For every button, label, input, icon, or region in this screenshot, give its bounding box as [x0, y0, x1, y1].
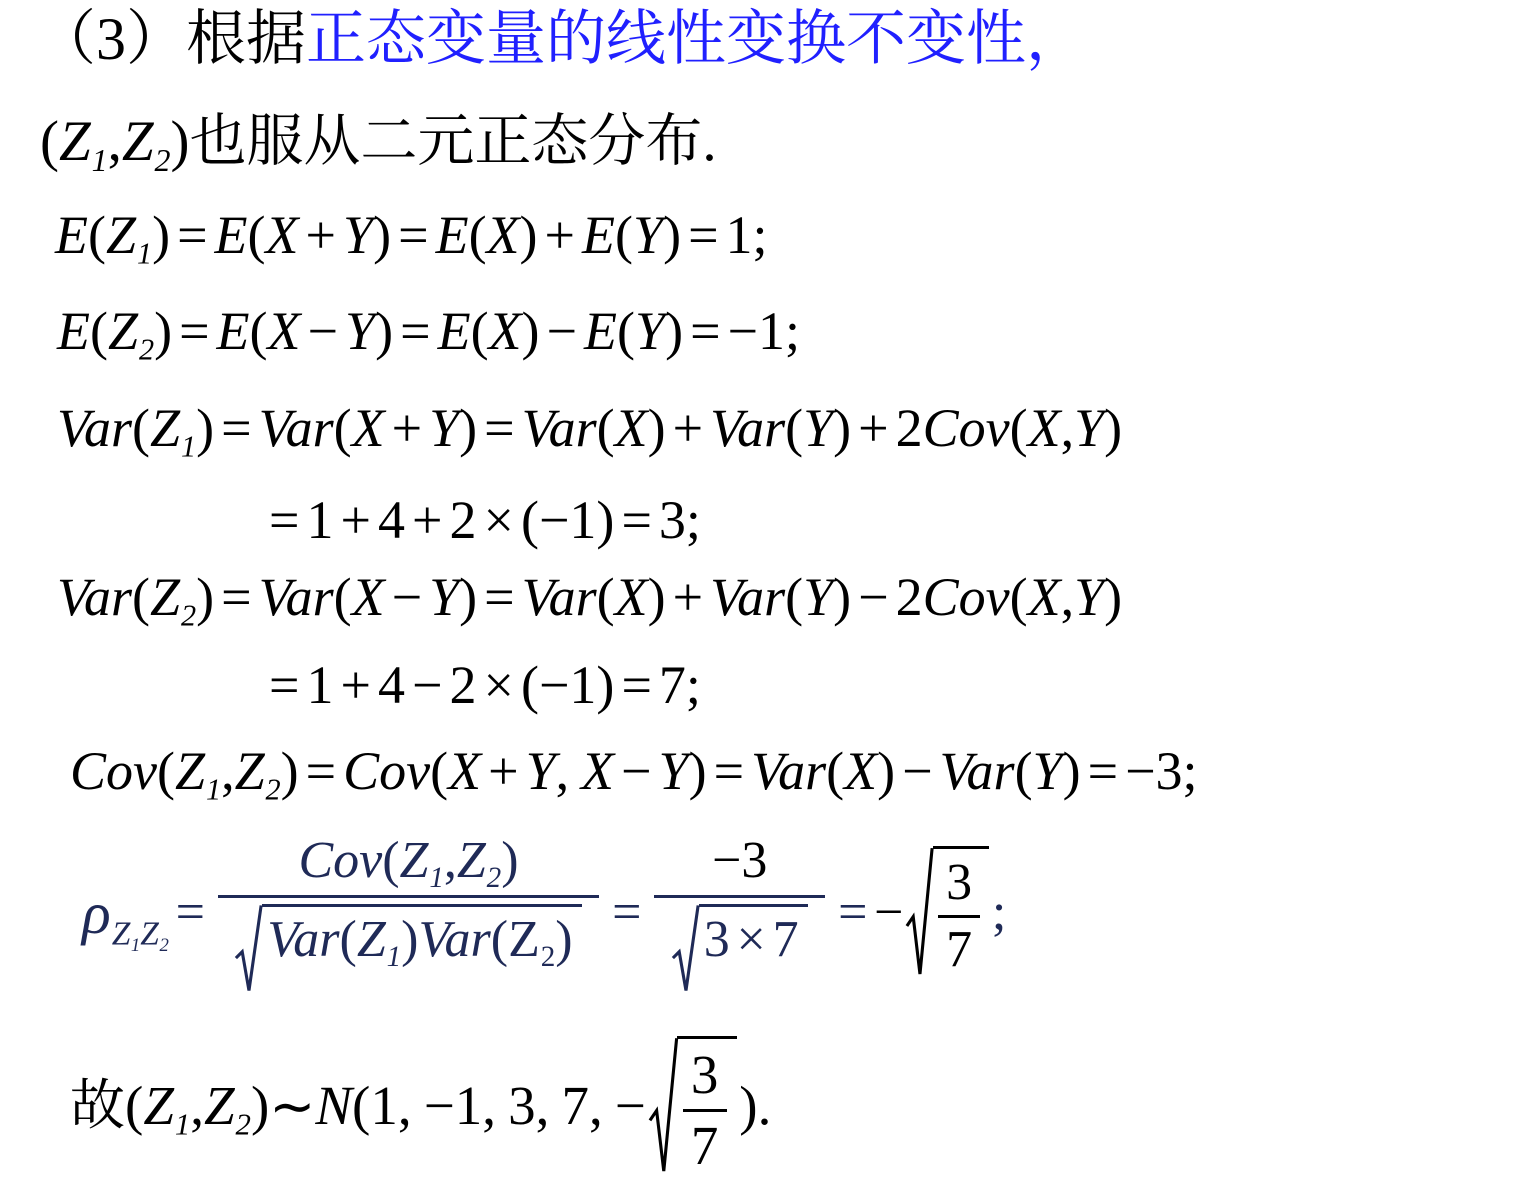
math-token: − [412, 654, 442, 718]
math-token: ) [1063, 740, 1081, 804]
subscript: 2 [236, 1109, 251, 1140]
math-token: ) [665, 300, 683, 364]
math-token: , [221, 740, 235, 804]
square-root-body: 37 [933, 846, 989, 979]
math-token: = [1088, 740, 1118, 804]
formula-line-heading: （3）根据正态变量的线性变换不变性， [36, 4, 1086, 75]
math-token: + [306, 204, 336, 268]
formula-line-normal-statement: (Z1,Z2)也服从二元正态分布. [40, 108, 717, 175]
math-token: ) [520, 204, 538, 268]
subscript: 2 [159, 936, 168, 955]
math-token: = [484, 397, 514, 461]
math-token: , [190, 1074, 204, 1139]
subscript: 1 [387, 943, 402, 972]
math-token: 4 [378, 654, 405, 718]
math-token: X [489, 300, 522, 364]
math-token: ( [617, 300, 635, 364]
math-token: ( [248, 204, 266, 268]
subscript: 2 [181, 600, 196, 630]
math-token: = [612, 882, 641, 943]
math-token: ) [833, 566, 851, 630]
math-token: Y [429, 566, 459, 630]
math-token: ) [459, 397, 477, 461]
subscript: 2 [487, 864, 502, 893]
math-token: X [266, 204, 299, 268]
math-token: E [57, 300, 90, 364]
math-token: , [556, 740, 570, 804]
math-token: = [400, 300, 430, 364]
math-token: ( [157, 740, 175, 804]
math-token: 7; [659, 654, 701, 718]
math-token: ) [281, 740, 299, 804]
math-token: Y [803, 566, 833, 630]
subscript: 1 [131, 936, 140, 955]
fraction-denominator: 7 [938, 915, 980, 979]
math-token: X [268, 300, 301, 364]
math-token: 2 [450, 654, 477, 718]
math-token: 3 [691, 1044, 719, 1106]
math-token: 4 [378, 489, 405, 553]
subscript: 2 [266, 774, 281, 804]
math-token: E [438, 300, 471, 364]
math-token: ( [430, 740, 448, 804]
math-token: ) [401, 911, 418, 969]
math-token: Y [635, 300, 665, 364]
math-token: + [545, 204, 575, 268]
math-token: Y [1033, 740, 1063, 804]
math-token: 1 [307, 489, 334, 553]
math-token: X [1028, 397, 1061, 461]
math-token: − [615, 1074, 646, 1139]
subscript: Z1Z2 [112, 917, 169, 950]
chinese-text: 也服从二元正态分布. [189, 108, 716, 175]
math-token: − [858, 566, 888, 630]
math-token: −3; [1125, 740, 1197, 804]
math-token: ) [375, 300, 393, 364]
math-token: Y [343, 204, 373, 268]
math-token: X [487, 204, 520, 268]
math-token: ) [154, 300, 172, 364]
math-token: Z2 [150, 566, 196, 630]
math-token: Var [267, 911, 339, 969]
math-token: 3; [659, 489, 701, 553]
subscript: 1 [429, 864, 444, 893]
math-token: Var [419, 911, 491, 969]
math-token: = [269, 654, 299, 718]
math-token: 7 [773, 911, 799, 969]
math-token: Var [57, 397, 132, 461]
math-token: 7, [561, 1074, 602, 1139]
math-token: = [621, 489, 651, 553]
math-token: + [488, 740, 518, 804]
math-token: = [690, 300, 720, 364]
math-token: = [714, 740, 744, 804]
math-token: , [1061, 397, 1075, 461]
math-token: ( [132, 397, 150, 461]
math-token: 3, [508, 1074, 549, 1139]
math-token: Z1 [59, 108, 108, 175]
math-token: 1 [307, 654, 334, 718]
math-token: Y [633, 204, 663, 268]
math-token: ( [125, 1074, 143, 1139]
fraction: 37 [683, 1044, 727, 1177]
math-token: X [615, 397, 648, 461]
math-token: ) [196, 566, 214, 630]
math-token: ( [597, 397, 615, 461]
math-token: X [1028, 566, 1061, 630]
math-token: −1; [728, 300, 800, 364]
math-token: − [621, 740, 651, 804]
math-token: ) [663, 204, 681, 268]
math-token: X [615, 566, 648, 630]
math-token: Z1 [106, 204, 152, 268]
formula-line-variance-z1: Var(Z1)=Var(X+Y)=Var(X)+Var(Y)+2Cov(X,Y) [57, 397, 1122, 461]
math-token: Cov [923, 566, 1010, 630]
chinese-text: 正态变量的线性变换不变性， [306, 4, 1086, 75]
math-token: ( [1010, 397, 1028, 461]
fraction-numerator: 3 [683, 1044, 727, 1109]
math-token: X [844, 740, 877, 804]
math-token: × [484, 489, 514, 553]
math-token: Y [526, 740, 556, 804]
math-token: 2 [450, 489, 477, 553]
math-token: = [177, 204, 207, 268]
math-token: ) [833, 397, 851, 461]
math-token: Y [345, 300, 375, 364]
math-token: −1, [424, 1074, 496, 1139]
radical-icon [906, 846, 933, 979]
math-token: ( [785, 397, 803, 461]
math-token: = [688, 204, 718, 268]
math-token: X [581, 740, 614, 804]
math-token: ( [352, 1074, 370, 1139]
math-token: Y [803, 397, 833, 461]
math-token: E [436, 204, 469, 268]
fraction: 37 [938, 854, 980, 980]
math-token: 2 [896, 566, 923, 630]
math-token: Y [429, 397, 459, 461]
math-token: ∼ [269, 1074, 315, 1139]
math-token: ( [132, 566, 150, 630]
math-token: ) [689, 740, 707, 804]
math-token: , [1061, 566, 1075, 630]
math-token: Var [259, 397, 334, 461]
math-token: 1, [370, 1074, 411, 1139]
subscript: 2 [155, 145, 171, 177]
fraction-denominator: Var(Z1)Var(Z2) [218, 895, 599, 993]
math-token: Z1 [357, 911, 401, 969]
math-token: ) [373, 204, 391, 268]
math-token: Cov [923, 397, 1010, 461]
math-token: 3 [946, 854, 972, 912]
square-root-body: Var(Z1)Var(Z2) [262, 904, 582, 994]
math-token: + [673, 397, 703, 461]
formula-line-expectation-z1: E(Z1)=E(X+Y)=E(X)+E(Y)=1; [55, 204, 768, 268]
math-token: Z2 [108, 300, 154, 364]
math-token: ) [648, 397, 666, 461]
math-token: − [392, 566, 422, 630]
math-token: 3 [704, 911, 730, 969]
math-token: , [444, 832, 457, 890]
math-token: ( [469, 204, 487, 268]
math-token: ) [251, 1074, 269, 1139]
math-token: X [448, 740, 481, 804]
math-token: Z2 [122, 108, 171, 175]
math-token: Y [1074, 566, 1104, 630]
subscript: 1 [206, 774, 221, 804]
math-token: ). [739, 1074, 771, 1139]
math-token: (−1) [521, 489, 614, 553]
math-token: Var [710, 397, 785, 461]
math-token: , [108, 108, 122, 175]
math-token: Var [259, 566, 334, 630]
math-token: Var [57, 566, 132, 630]
math-token: = [269, 489, 299, 553]
subscript: 1 [181, 431, 196, 461]
formula-line-covariance: Cov(Z1,Z2)=Cov(X+Y,X−Y)=Var(X)−Var(Y)=−3… [70, 740, 1198, 804]
math-token: ) [196, 397, 214, 461]
math-token: = [179, 300, 209, 364]
math-token: Var [751, 740, 826, 804]
math-token: ) [459, 566, 477, 630]
math-token: Z2 [457, 832, 501, 890]
math-token: ) [648, 566, 666, 630]
math-token: = [484, 566, 514, 630]
math-token: = [221, 566, 251, 630]
math-token: − [902, 740, 932, 804]
square-root-body: 3×7 [699, 904, 808, 994]
math-token: × [484, 654, 514, 718]
math-token: E [582, 204, 615, 268]
math-token: Var [940, 740, 1015, 804]
math-token: ( [334, 566, 352, 630]
math-token: ( [491, 911, 508, 969]
subscript: 2 [541, 943, 556, 972]
math-token: ρZ1Z2 [82, 878, 169, 949]
math-token: Var [522, 566, 597, 630]
math-token: ( [826, 740, 844, 804]
math-token: Z1 [400, 832, 444, 890]
math-token: = [621, 654, 651, 718]
math-token: ( [1010, 566, 1028, 630]
subscript: 1 [92, 145, 108, 177]
math-token: 2 [896, 397, 923, 461]
math-token: ( [1015, 740, 1033, 804]
math-token: Y [1074, 397, 1104, 461]
subscript: 1 [175, 1109, 190, 1140]
square-root: 37 [649, 1036, 737, 1177]
math-token: + [673, 566, 703, 630]
fraction-numerator: 3 [938, 854, 980, 915]
formula-line-variance-z2-result: =1+4−2×(−1)=7; [262, 654, 701, 718]
square-root: Var(Z1)Var(Z2) [235, 904, 582, 994]
square-root: 3×7 [672, 904, 808, 994]
math-token: Z2 [508, 911, 555, 969]
math-token: ) [555, 911, 572, 969]
math-token: + [341, 489, 371, 553]
math-token: − [547, 300, 577, 364]
math-token: + [341, 654, 371, 718]
math-token: ( [615, 204, 633, 268]
math-token: ( [340, 911, 357, 969]
math-token: ( [334, 397, 352, 461]
math-token: ) [170, 108, 189, 175]
chinese-text: 故 [70, 1074, 125, 1139]
fraction: −33×7 [654, 832, 825, 994]
radical-icon [235, 904, 262, 994]
math-token: ( [382, 832, 399, 890]
math-token: ) [152, 204, 170, 268]
formula-line-variance-z2: Var(Z2)=Var(X−Y)=Var(X)+Var(Y)−2Cov(X,Y) [57, 566, 1122, 630]
math-token: = [306, 740, 336, 804]
math-token: Var [710, 566, 785, 630]
math-token: 7 [691, 1115, 719, 1177]
math-token: Z1 [143, 1074, 190, 1139]
math-token: − [874, 882, 903, 943]
math-token: ) [1104, 566, 1122, 630]
math-token: + [392, 397, 422, 461]
math-token: X [352, 566, 385, 630]
math-token: = [221, 397, 251, 461]
math-token: Cov [343, 740, 430, 804]
math-token: ( [250, 300, 268, 364]
math-token: − [308, 300, 338, 364]
math-token: ) [522, 300, 540, 364]
math-token: = [398, 204, 428, 268]
radical-icon [672, 904, 699, 994]
radical-icon [649, 1036, 678, 1177]
math-token: ) [1104, 397, 1122, 461]
math-token: E [55, 204, 88, 268]
math-token: −3 [712, 832, 767, 890]
math-token: Cov [298, 832, 382, 890]
math-token: E [215, 204, 248, 268]
math-token: Z1 [112, 917, 141, 950]
formula-line-correlation: ρZ1Z2=Cov(Z1,Z2)Var(Z1)Var(Z2)=−33×7=−37… [82, 832, 1006, 994]
math-token: ; [992, 882, 1006, 943]
fraction-denominator: 3×7 [654, 895, 825, 993]
slide: （3）根据正态变量的线性变换不变性，(Z1,Z2)也服从二元正态分布.E(Z1)… [0, 0, 1530, 1198]
math-token: ( [40, 108, 59, 175]
fraction: Cov(Z1,Z2)Var(Z1)Var(Z2) [218, 832, 599, 994]
math-token: Z2 [140, 917, 169, 950]
square-root: 37 [906, 846, 989, 979]
math-token: ( [471, 300, 489, 364]
square-root-body: 37 [677, 1036, 736, 1177]
math-token: (−1) [521, 654, 614, 718]
math-token: Y [659, 740, 689, 804]
math-token: Z2 [235, 740, 281, 804]
math-token: + [858, 397, 888, 461]
math-token: = [176, 882, 205, 943]
math-token: Cov [70, 740, 157, 804]
fraction-denominator: 7 [683, 1109, 727, 1177]
math-token: Z1 [150, 397, 196, 461]
formula-line-conclusion: 故(Z1,Z2)∼N(1,−1,3,7,−37). [70, 1036, 771, 1177]
formula-line-variance-z1-result: =1+4+2×(−1)=3; [262, 489, 701, 553]
math-token: + [412, 489, 442, 553]
fraction-numerator: −3 [698, 832, 782, 895]
formula-line-expectation-z2: E(Z2)=E(X−Y)=E(X)−E(Y)=−1; [57, 300, 800, 364]
math-token: 7 [946, 921, 972, 979]
math-token: E [217, 300, 250, 364]
math-token: = [838, 882, 867, 943]
math-token: Z2 [204, 1074, 251, 1139]
math-token: X [352, 397, 385, 461]
math-token: × [737, 911, 766, 969]
chinese-text: （3）根据 [36, 4, 306, 75]
math-token: ( [785, 566, 803, 630]
math-token: Var [522, 397, 597, 461]
math-token: ( [597, 566, 615, 630]
math-token: 1; [726, 204, 768, 268]
subscript: 2 [139, 334, 154, 364]
math-token: N [315, 1074, 352, 1139]
fraction-numerator: Cov(Z1,Z2) [284, 832, 533, 895]
subscript: 1 [137, 238, 152, 268]
math-token: ( [90, 300, 108, 364]
math-token: Z1 [175, 740, 221, 804]
math-token: ) [877, 740, 895, 804]
math-token: ( [88, 204, 106, 268]
math-token: E [584, 300, 617, 364]
math-token: ) [501, 832, 518, 890]
